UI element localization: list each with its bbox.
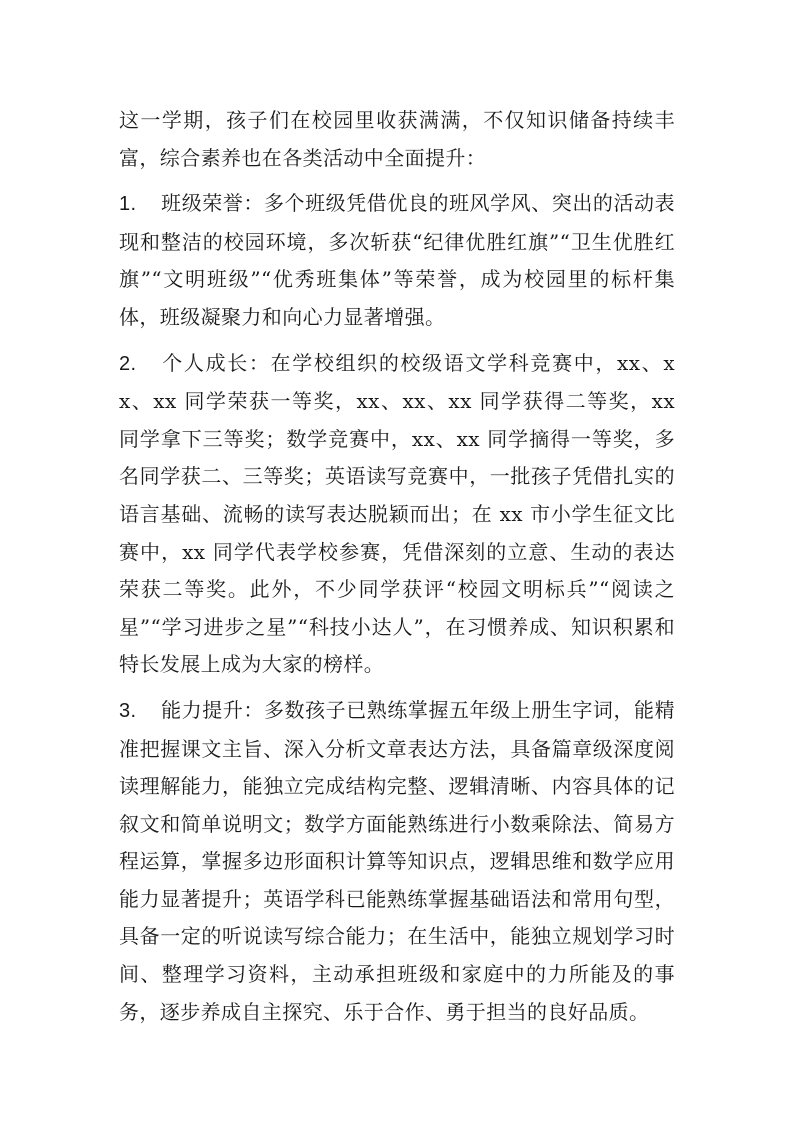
intro-paragraph: 这一学期，孩子们在校园里收获满满，不仅知识储备持续丰富，综合素养也在各类活动中全… xyxy=(119,102,675,177)
list-item-ability-improvement: 3.能力提升：多数孩子已熟练掌握五年级上册生字词，能精准把握课文主旨、深入分析文… xyxy=(119,692,675,1031)
list-number: 3. xyxy=(119,693,161,731)
list-item-text: 能力提升：多数孩子已熟练掌握五年级上册生字词，能精准把握课文主旨、深入分析文章表… xyxy=(119,698,675,1024)
list-item-class-honors: 1.班级荣誉：多个班级凭借优良的班风学风、突出的活动表现和整洁的校园环境，多次斩… xyxy=(119,185,675,336)
list-item-personal-growth: 2.个人成长：在学校组织的校级语文学科竞赛中，xx、xx、xx 同学荣获一等奖，… xyxy=(119,345,675,684)
list-number: 2. xyxy=(119,346,161,384)
list-item-text: 个人成长：在学校组织的校级语文学科竞赛中，xx、xx、xx 同学荣获一等奖，xx… xyxy=(119,351,675,677)
document-page: 这一学期，孩子们在校园里收获满满，不仅知识储备持续丰富，综合素养也在各类活动中全… xyxy=(119,102,675,1039)
list-item-text: 班级荣誉：多个班级凭借优良的班风学风、突出的活动表现和整洁的校园环境，多次斩获“… xyxy=(119,191,675,329)
list-number: 1. xyxy=(119,186,161,224)
